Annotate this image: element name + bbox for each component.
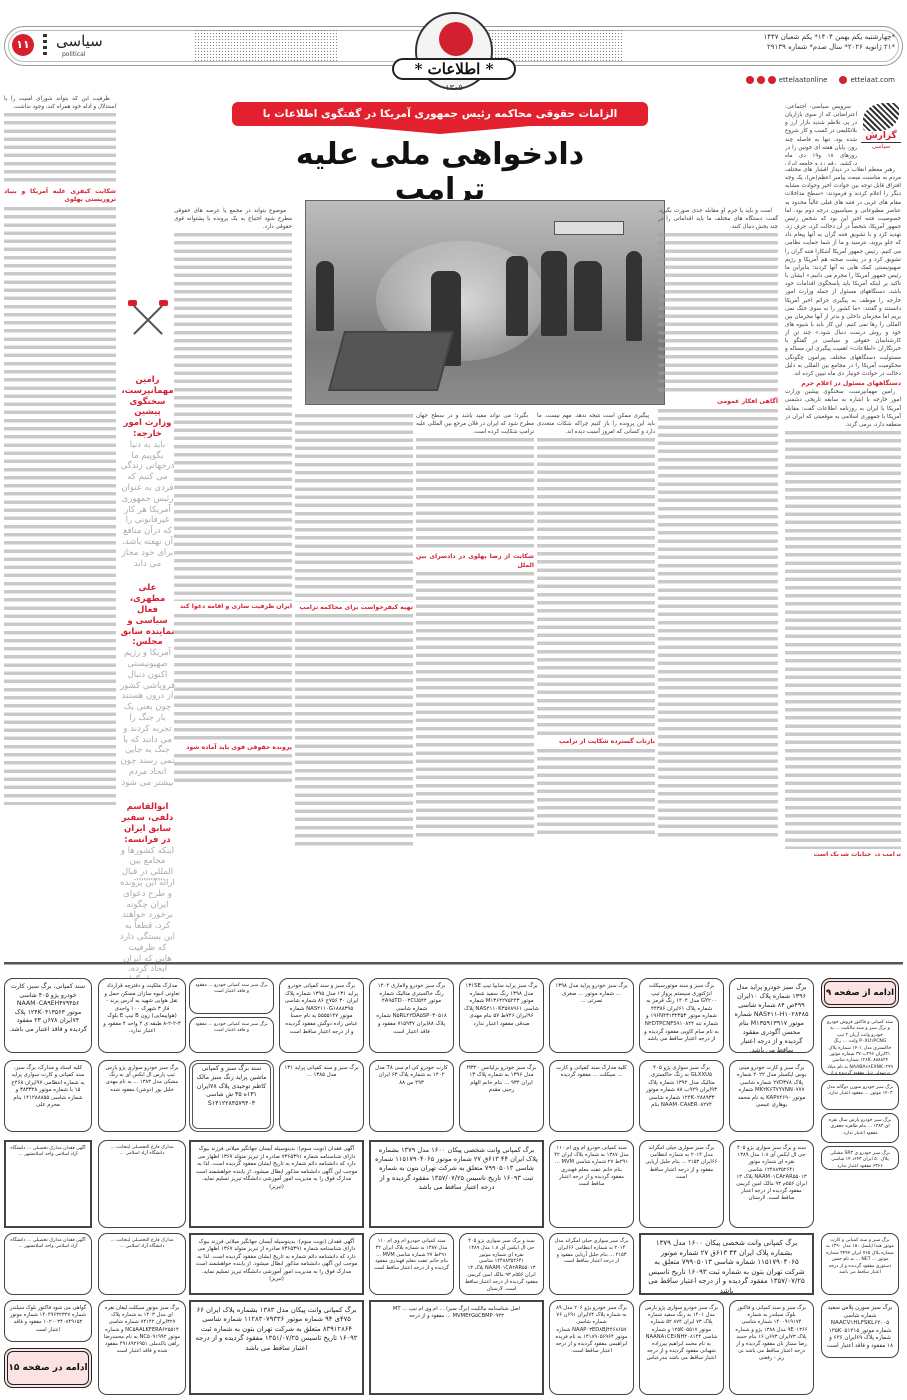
continued-from-page-9[interactable]: ادامه از صفحه ۹ xyxy=(821,978,899,1008)
classified-ad: برگ سبز خودرو پژو ۲۰۶ مدل ۸۹ به شماره پل… xyxy=(549,1300,634,1395)
section-divider xyxy=(43,34,47,56)
classified-ad: برگ سبز خودرو برلیانس H۳۲۰ مدل ۱۳۹۶ به ش… xyxy=(459,1060,544,1132)
logo-year: ۱۳۰۵ xyxy=(444,83,464,92)
classified-ad-boxed: برگ کمپانی وانت شخصی پیکان ۱۶۰۰ مدل ۱۳۷۹… xyxy=(369,1140,544,1228)
classified-ad: سند کمپانی، برگ سبز، کارت خودرو پژو ۴۰۵ … xyxy=(4,978,92,1053)
classified-ad: مدارک فارغ التحصیلی اینجانب ... دانشگاه … xyxy=(98,1233,186,1295)
classified-ad: برگ سبز و سند کمپانی و کارت موتور هندا ا… xyxy=(821,1233,899,1295)
classified-ad: برگ سبز خودرو سواری پژو پارس مدل ۱۴۰۱ به… xyxy=(639,1300,724,1395)
classified-ad: سند کمپانی خودرو ام وی ام ۱۱۰ مدل ۱۳۸۷ ب… xyxy=(549,1140,634,1228)
feather-icon xyxy=(863,103,899,131)
classified-ad: سند کمپانی و فاکتور فروش خودرو و برگ سبز… xyxy=(821,1015,899,1075)
social-handle[interactable]: ettelaatonline xyxy=(779,76,828,84)
classified-ad-boxed: آگهی فقدان (نوبت سوم): بدینوسیله آیسان ج… xyxy=(189,1233,364,1295)
classified-ad: برگ سبز و سند کمپانی پراید ۱۳۱ مدل ۱۳۸۵ … xyxy=(279,1060,364,1132)
classified-ad: آگهی فقدان مدارک تحصیلی ... دانشگاه آزاد… xyxy=(4,1233,92,1295)
article-headline: دادخواهی ملی علیه ترامپ xyxy=(290,137,590,207)
article-column-2: است و باید با جرم او مقابله جدی صورت بگی… xyxy=(658,207,778,857)
continued-on-page-15[interactable]: ادامه در صفحه ۱۵ xyxy=(4,1348,92,1388)
classified-ad: کارت خودرو کی ام سی T۸ مدل ۱۴۰۲ به شماره… xyxy=(369,1060,454,1132)
pull-quote-1: رامین مهمانپرست، سخنگوی پیشین وزارت امور… xyxy=(120,375,175,569)
classified-ad: برگ سبز سواری جیلی امگراند مدل ۲۰۱۴ به ش… xyxy=(549,1233,634,1295)
pen-cross-icon xyxy=(128,300,168,340)
classified-ad-boxed: اصل شناسنامه مالکیت (برگ سبز) ... ام وی … xyxy=(369,1300,544,1395)
classified-ad: کلیه مدارک سند کمپانی و کارت ... سیکلت .… xyxy=(549,1060,634,1132)
article-column-7: ظرفیت این که بتواند شورای امنیت را با اس… xyxy=(4,95,116,855)
classified-ad: برگ سبز و سند کمپانی و فاکتور بلوک سیلند… xyxy=(729,1300,814,1395)
page-number-badge: ۱۱ xyxy=(12,34,34,56)
classified-ad: سند برگ سبز و کمپانی ماشین پراید رنگ سبز… xyxy=(189,1060,274,1132)
classified-ad: سند و برگ سبز سواری پژو ۴۰۵ جی ال ایکس آ… xyxy=(459,1233,544,1295)
classified-ad: برگ سبز سند کمپانی خودرو ... مفقود و فاق… xyxy=(189,1017,274,1053)
article-column-4: بگیرد؛ می تواند مفید باشد و در سطح جهان … xyxy=(416,412,534,857)
classified-ad: برگ سبز و سند موتورسیکلت انژکتوری سیستم … xyxy=(639,978,724,1053)
classified-ad: برگ سبز خودرو ولاماری ۱۴۰۴ رنگ خاکستری م… xyxy=(369,978,454,1053)
date-line-gregorian: *۲۱ ژانویه ۲۰۲۶* سال صدم* شماره ۲۹۱۳۹ xyxy=(767,43,895,51)
classified-ad: سند کمپانی خودرو ام وی ام ۱۱۰ مدل ۱۳۸۷ ب… xyxy=(369,1233,454,1295)
article-kicker: الزامات حقوقی محاکمه رئیس جمهوری آمریکا … xyxy=(232,102,648,126)
masthead: * اطلاعات * ۱۳۰۵ ۱۱ سیاسی political *چها… xyxy=(4,12,903,90)
masthead-dot-pattern-left xyxy=(194,29,339,63)
ads-divider xyxy=(4,962,903,965)
website-link[interactable]: ettelaat.com xyxy=(850,76,895,84)
classified-ad: کلیه اسناد و مدارک، برگ سبز، سند کمپانی … xyxy=(4,1060,92,1132)
classified-ad: برگ سبز سواری پژو ۴۰۵ GLXXU۵ به رنگ خاکس… xyxy=(639,1060,724,1132)
end-mark: -››››››‹‹‹‹‹- xyxy=(122,876,177,883)
classified-ad-boxed: برگ کمپانی وانت پیکان مدل ۱۳۸۳ بشماره پل… xyxy=(189,1300,364,1395)
classified-ad-boxed: آگهی فقدان (نوبت سوم): بدینوسیله آیسان ج… xyxy=(189,1140,364,1228)
article-column-5: تهیه کیفرخواست برای محاکمه ترامپ xyxy=(295,412,413,857)
classified-ad: برگ سبز خودرو پارس سال نقره ای ۱۳۸۳ ... … xyxy=(821,1113,899,1143)
report-badge: گزارش سیاسی xyxy=(861,103,901,159)
classified-ad: برگ سبز موتور سیکلت لیفان نقره ای مدل ۱۴… xyxy=(98,1300,186,1395)
classified-ad: برگ سبز خودرو ی SR۳ مشکی پلاک ۵۰ ایران ۶… xyxy=(821,1146,899,1170)
classified-ad: سند و برگ سبز سواری پژو ۴۰۵ جی ال ایکس آ… xyxy=(729,1140,814,1228)
section-subtitle: political xyxy=(62,51,85,58)
social-links: ettelaatonline ettelaat.com xyxy=(746,76,895,84)
pull-quotes: رامین مهمانپرست، سخنگوی پیشین وزارت امور… xyxy=(120,375,175,997)
logo-title: * اطلاعات * xyxy=(392,58,516,80)
pull-quote-3: ابوالقاسم دلفی، سفیر سابق ایران در فرانس… xyxy=(120,802,175,996)
classified-ad: آگهی فقدان مدارک تحصیلی ... دانشگاه آزاد… xyxy=(4,1140,92,1228)
twitter-icon[interactable] xyxy=(757,76,765,84)
article-column-1: رهبر معظم انقلاب در دیدار اقشار های مختل… xyxy=(785,166,901,856)
classified-ad: برگ سبز خودرو پراید مدل ۱۳۹۶ شماره پلاک … xyxy=(729,978,814,1053)
article-lead: سرویس سیاسی- اجتماعی: اعتراضاتی که از سو… xyxy=(785,103,857,165)
classified-ad: گواهی می شود فاکتور بلوک سیلندر شماره ۱۴… xyxy=(4,1300,92,1342)
classified-ad: برگ سبز خودرو سواری پژو پارس تیپ پارس ال… xyxy=(98,1060,186,1132)
classified-ad: برگ سبز سواری جیلی امگراند مدل ۲۰۱۴ به ش… xyxy=(639,1140,724,1228)
classified-ad: برگ سبز و سند کمپانی خودرو پراید ۱۳۱ مدل… xyxy=(279,978,364,1053)
classified-ad-boxed: برگ کمپانی وانت شخصی پیکان ۱۶۰۰ مدل ۱۳۷۹… xyxy=(639,1233,814,1295)
newspaper-logo[interactable]: * اطلاعات * ۱۳۰۵ xyxy=(384,12,524,92)
date-line-persian: *چهارشنبه یکم بهمن ۱۴۰۴* یکم شعبان ۱۴۴۷ xyxy=(764,33,895,41)
classified-ad: برگ سبز و کارت خودرو مینی بوس ایکسلر مدل… xyxy=(729,1060,814,1132)
pull-quote-2: علی مطهری، فعال سیاسی و نماینده سابق مجل… xyxy=(120,583,175,788)
section-title: سیاسی xyxy=(56,32,103,50)
classified-ad: برگ سبز پراید سایپا تیپ ۱۳۱SE مدل ۱۳۹۸ ر… xyxy=(459,978,544,1053)
classified-ad: برگ سبز خودرو پراید مدل ۱۳۹۸ ... شماره م… xyxy=(549,978,634,1053)
article-column-3: پیگیری ممکن است نتیجه ندهد. مهم نیست. ما… xyxy=(537,412,655,857)
instagram-icon[interactable] xyxy=(768,76,776,84)
classified-ad: مدارک ملکیت و دفترچه قرارداد تعاونی انبو… xyxy=(98,978,186,1053)
classified-ad: برگ سبز سند کمپانی خودرو ... مفقود و فاق… xyxy=(189,978,274,1014)
report-badge-sublabel: سیاسی xyxy=(861,142,901,150)
telegram-icon[interactable] xyxy=(746,76,754,84)
web-icon[interactable] xyxy=(839,76,847,84)
report-badge-label: گزارش xyxy=(861,131,901,141)
classified-ad: مدارک فارغ التحصیلی اینجانب ... دانشگاه … xyxy=(98,1140,186,1228)
classified-ad: برگ سبز خودرو سورن دوگانه مدل ۱۴۰۳ موتور… xyxy=(821,1080,899,1110)
article-column-6: موضوع بتواند در مجمع یا عرصه های حقوقی م… xyxy=(174,207,292,857)
protest-photo xyxy=(305,200,665,405)
classified-ad: برگ سبز سورن پلاس سفید شماره شاسی NAACV۱… xyxy=(821,1300,899,1358)
